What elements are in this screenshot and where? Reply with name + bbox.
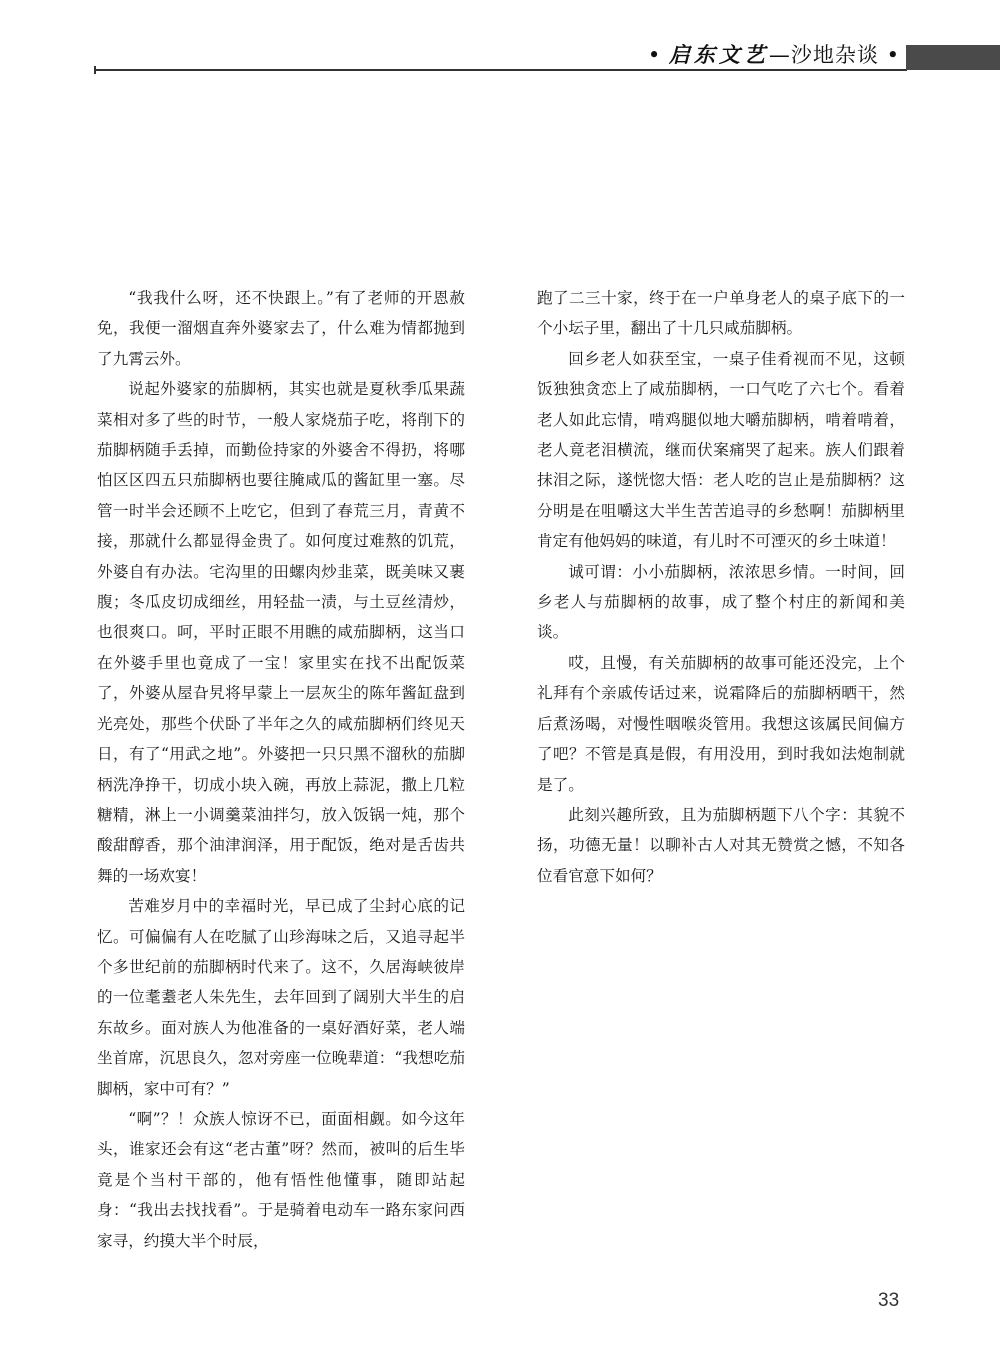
header-column-name: 沙地杂谈 [791, 43, 879, 67]
article-column-left: “我我什么呀，还不快跟上。”有了老师的开恩赦免，我便一溜烟直奔外婆家去了，什么难… [97, 283, 465, 1256]
page-number: 33 [878, 1290, 899, 1312]
article-column-right: 跑了二三十家，终于在一户单身老人的桌子底下的一个小坛子里，翻出了十几只咸茄脚柄。… [537, 283, 905, 891]
paragraph: “啊”？！众族人惊讶不已，面面相觑。如今这年头，谁家还会有这“老古董”呀？然而，… [97, 1104, 465, 1256]
paragraph: “我我什么呀，还不快跟上。”有了老师的开恩赦免，我便一溜烟直奔外婆家去了，什么难… [97, 283, 465, 374]
paragraph: 说起外婆家的茄脚柄，其实也就是夏秋季瓜果蔬菜相对多了些的时节，一般人家烧茄子吃，… [97, 374, 465, 891]
header-bullet-left: • [648, 43, 661, 67]
header-rule [95, 69, 907, 71]
header-dash: — [769, 43, 791, 67]
header-bullet-right: • [887, 43, 900, 67]
paragraph: 回乡老人如获至宝，一桌子佳肴视而不见，这顿饭独独贪恋上了咸茄脚柄，一口气吃了六七… [537, 344, 905, 557]
paragraph: 苦难岁月中的幸福时光，早已成了尘封心底的记忆。可偏偏有人在吃腻了山珍海味之后，又… [97, 891, 465, 1104]
paragraph-continued: 跑了二三十家，终于在一户单身老人的桌子底下的一个小坛子里，翻出了十几只咸茄脚柄。 [537, 283, 905, 344]
paragraph: 此刻兴趣所致，且为茄脚柄题下八个字：其貌不扬，功德无量！以聊补古人对其无赞赏之憾… [537, 800, 905, 891]
header-dark-block [906, 45, 1000, 70]
running-header: • 启东文艺—沙地杂谈 • [648, 42, 900, 68]
paragraph: 诚可谓：小小茄脚柄，浓浓思乡情。一时间，回乡老人与茄脚柄的故事，成了整个村庄的新… [537, 557, 905, 648]
header-series-name: 启东文艺 [669, 42, 769, 67]
paragraph: 哎，且慢，有关茄脚柄的故事可能还没完，上个礼拜有个亲戚传话过来，说霜降后的茄脚柄… [537, 648, 905, 800]
